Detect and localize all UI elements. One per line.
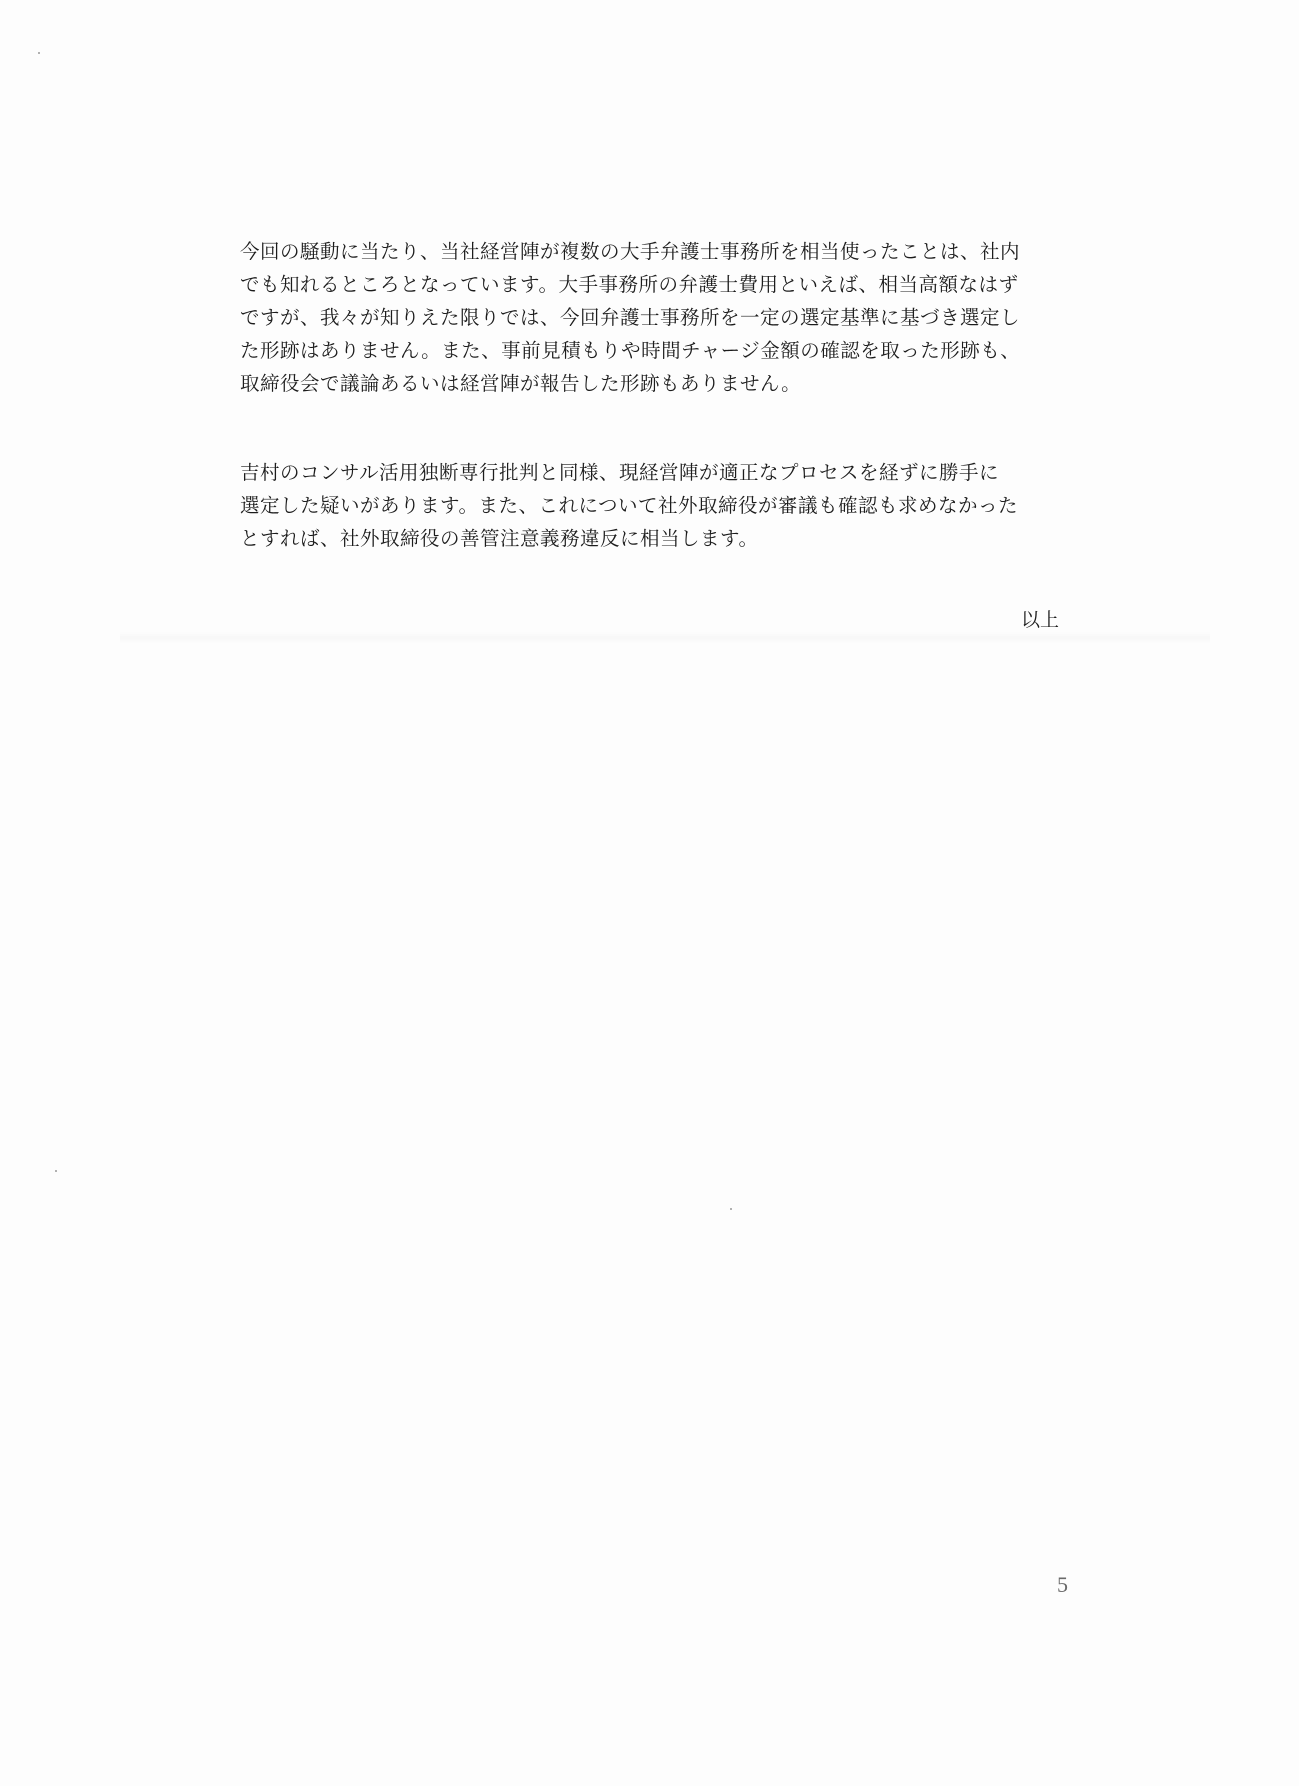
text-line: ですが、我々が知りえた限りでは、今回弁護士事務所を一定の選定基準に基づき選定し: [240, 306, 1020, 330]
text-line: 取締役会で議論あるいは経営陣が報告した形跡もありません。: [240, 372, 801, 396]
text-line: 選定した疑いがあります。また、これについて社外取締役が審議も確認も求めなかった: [240, 494, 1018, 518]
text-line: 今回の騒動に当たり、当社経営陣が複数の大手弁護士事務所を相当使ったことは、社内: [240, 240, 1020, 264]
text-line: とすれば、社外取締役の善管注意義務違反に相当します。: [240, 527, 758, 551]
scan-speck: [55, 1170, 57, 1172]
scan-speck: [38, 52, 40, 54]
document-page: 今回の騒動に当たり、当社経営陣が複数の大手弁護士事務所を相当使ったことは、社内 …: [0, 0, 1299, 1786]
scan-speck: [730, 1208, 732, 1210]
text-line: 吉村のコンサル活用独断専行批判と同様、現経営陣が適正なプロセスを経ずに勝手に: [240, 461, 999, 485]
text-line: でも知れるところとなっています。大手事務所の弁護士費用といえば、相当高額なはず: [240, 273, 1018, 297]
text-line: た形跡はありません。また、事前見積もりや時間チャージ金額の確認を取った形跡も、: [240, 339, 1020, 363]
closing-mark: 以上: [1021, 608, 1059, 632]
page-number: 5: [1057, 1572, 1068, 1598]
scan-artifact: [120, 632, 1210, 644]
